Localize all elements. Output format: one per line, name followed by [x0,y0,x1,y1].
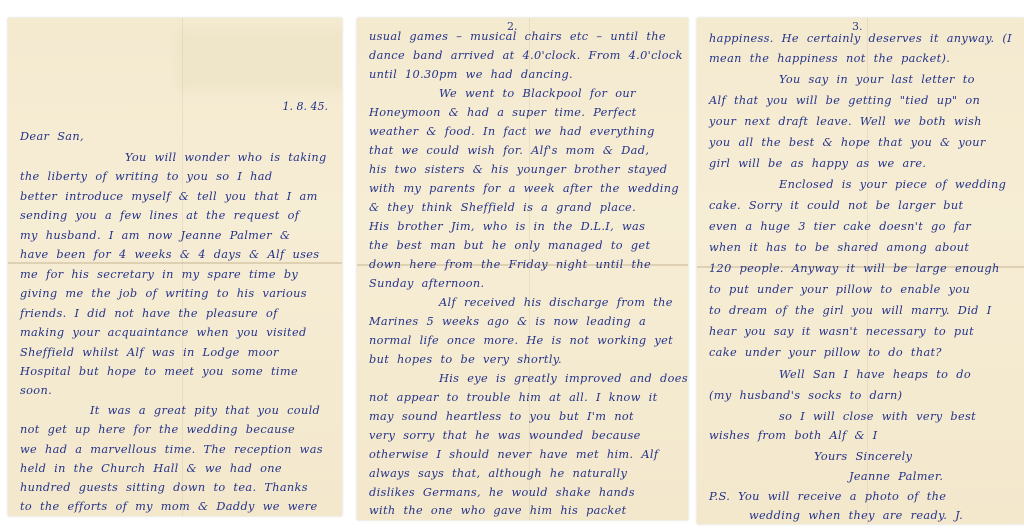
text-line: & they think Sheffield is a grand place. [369,201,680,214]
text-line: not get up here for the wedding because [20,423,334,436]
text-line: girl will be as happy as we are. [709,157,1016,170]
postscript: P.S. You will receive a photo of the [709,490,1016,503]
text-line: otherwise I should never have met him. A… [369,448,680,461]
text-line: 120 people. Anyway it will be large enou… [709,262,1016,275]
text-line: to put under your pillow to enable you [709,283,1016,296]
text-line: weather & food. In fact we had everythin… [369,125,680,138]
text-line: Alf that you will be getting "tied up" o… [709,94,1016,107]
text-line: Sheffield whilst Alf was in Lodge moor [20,346,334,359]
text-line: making your acquaintance when you visite… [20,326,334,339]
text-line: It was a great pity that you could [20,404,334,417]
text-line: You will wonder who is taking [20,151,334,164]
text-line: hundred guests sitting down to tea. Than… [20,481,334,494]
text-line: until 10.30pm we had dancing. [369,68,680,81]
text-line: Sunday afternoon. [369,277,680,290]
text-line: when it has to be shared among about [709,241,1016,254]
text-line: Well San I have heaps to do [709,368,1016,381]
text-line: happiness. He certainly deserves it anyw… [709,32,1016,45]
salutation: Dear San, [20,130,334,143]
text-line: we had a marvellous time. The reception … [20,443,334,456]
text-line: so I will close with very best [709,410,1016,423]
text-line: dislikes Germans, he would shake hands [369,486,680,499]
text-line: His eye is greatly improved and does [369,372,680,385]
text-line: to the efforts of my mom & Daddy we were [20,500,334,513]
text-line: giving me the job of writing to his vari… [20,287,334,300]
text-line: hear you say it wasn't necessary to put [709,325,1016,338]
text-line: dance band arrived at 4.0'clock. From 4.… [369,49,680,62]
text-line: always says that, although he naturally [369,467,680,480]
text-line: friends. I did not have the pleasure of [20,307,334,320]
text-line: his two sisters & his younger brother st… [369,163,680,176]
text-line: down here from the Friday night until th… [369,258,680,271]
text-line: that we could wish for. Alf's mom & Dad, [369,144,680,157]
text-line: my husband. I am now Jeanne Palmer & [20,229,334,242]
text-line: soon. [20,384,334,397]
text-line: held in the Church Hall & we had one [20,462,334,475]
text-line: may sound heartless to you but I'm not [369,410,680,423]
text-line: very sorry that he was wounded because [369,429,680,442]
text-line: not appear to trouble him at all. I know… [369,391,680,404]
text-line: the liberty of writing to you so I had [20,170,334,183]
text-line: usual games – musical chairs etc – until… [369,30,680,43]
text-line: your next draft leave. Well we both wish [709,115,1016,128]
text-line: (my husband's socks to darn) [709,389,1016,402]
text-line: mean the happiness not the packet). [709,52,1016,65]
text-line: cake. Sorry it could not be larger but [709,199,1016,212]
text-line: cake under your pillow to do that? [709,346,1016,359]
text-line: His brother Jim, who is in the D.L.I, wa… [369,220,680,233]
text-line: Honeymoon & had a super time. Perfect [369,106,680,119]
text-line: have been for 4 weeks & 4 days & Alf use… [20,248,334,261]
text-line: better introduce myself & tell you that … [20,190,334,203]
redacted-region [176,30,342,90]
postscript: wedding when they are ready. J. [709,509,1016,522]
text-line: Alf received his discharge from the [369,296,680,309]
text-line: to dream of the girl you will marry. Did… [709,304,1016,317]
text-line: We went to Blackpool for our [369,87,680,100]
text-line: normal life once more. He is not working… [369,334,680,347]
letter-date: 1. 8. 45. [283,100,328,113]
text-line: Enclosed is your piece of wedding [709,178,1016,191]
letter-page-1: 1. 8. 45. Dear San, You will wonder who … [8,18,342,516]
text-line: wishes from both Alf & I [709,429,1016,442]
closing: Yours Sincerely [709,450,1016,463]
text-line: you all the best & hope that you & your [709,136,1016,149]
text-line: Hospital but hope to meet you some time [20,365,334,378]
text-line: me for his secretary in my spare time by [20,268,334,281]
text-line: even a huge 3 tier cake doesn't go far [709,220,1016,233]
text-line: sending you a few lines at the request o… [20,209,334,222]
text-line: with my parents for a week after the wed… [369,182,680,195]
letter-page-3: 3. happiness. He certainly deserves it a… [697,18,1024,524]
signature: Jeanne Palmer. [709,470,1016,483]
text-line: with the one who gave him his packet [369,504,680,517]
text-line: You say in your last letter to [709,73,1016,86]
letter-page-2: 2. usual games – musical chairs etc – un… [357,18,688,520]
text-line: but hopes to be very shortly. [369,353,680,366]
text-line: Marines 5 weeks ago & is now leading a [369,315,680,328]
text-line: the best man but he only managed to get [369,239,680,252]
